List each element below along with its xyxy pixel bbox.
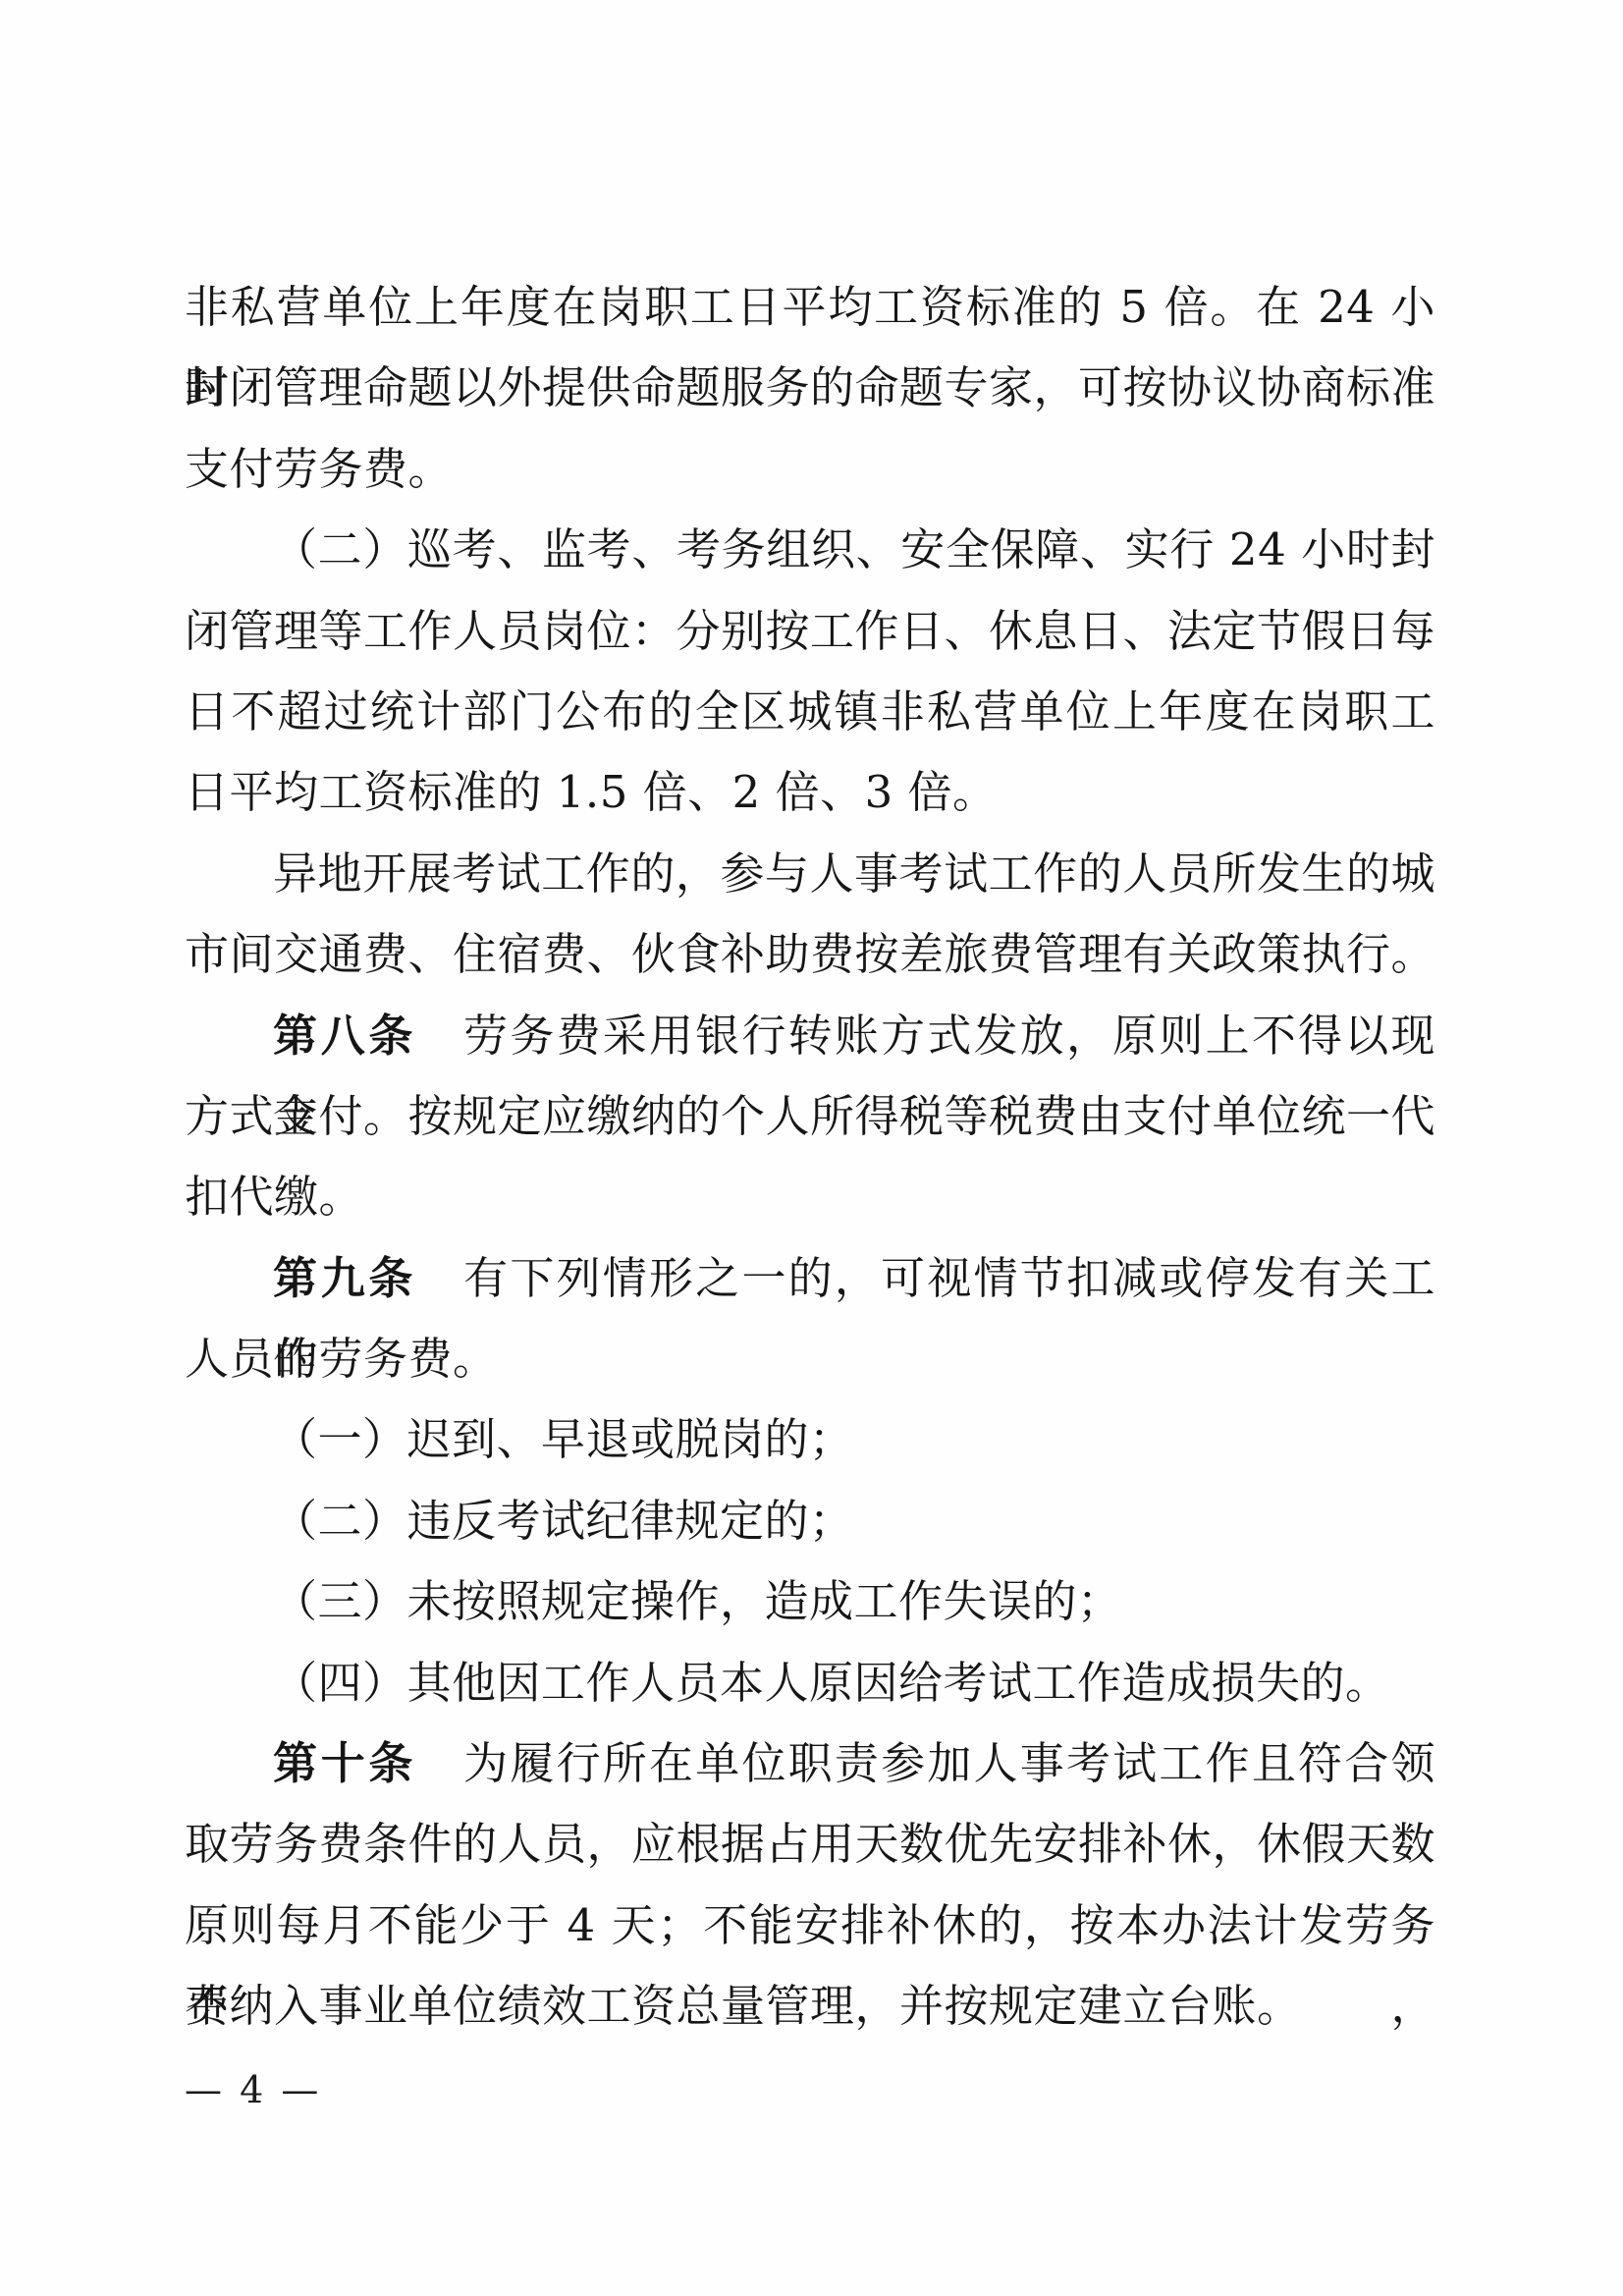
document-page: 非私营单位上年度在岗职工日平均工资标准的 5 倍。在 24 小时封闭管理命题以外… — [0, 0, 1623, 2296]
document-body: 非私营单位上年度在岗职工日平均工资标准的 5 倍。在 24 小时封闭管理命题以外… — [185, 267, 1435, 2048]
text-line: 人员的劳务费。 — [185, 1319, 1435, 1399]
text-line: （三）未按照规定操作，造成工作失误的； — [185, 1561, 1435, 1642]
text-line: 异地开展考试工作的，参与人事考试工作的人员所发生的城 — [185, 834, 1435, 914]
text-line: 支付劳务费。 — [185, 429, 1435, 510]
text-line: 非私营单位上年度在岗职工日平均工资标准的 5 倍。在 24 小时 — [185, 267, 1435, 348]
text-line: 第九条有下列情形之一的，可视情节扣减或停发有关工作 — [185, 1238, 1435, 1319]
text-line: （一）迟到、早退或脱岗的； — [185, 1399, 1435, 1480]
article-number: 第九条 — [273, 1252, 416, 1304]
line-text: 为履行所在单位职责参加人事考试工作且符合领 — [463, 1737, 1435, 1789]
text-line: （二）巡考、监考、考务组织、安全保障、实行 24 小时封 — [185, 510, 1435, 590]
text-line: 原则每月不能少于 4 天；不能安排补休的，按本办法计发劳务费， — [185, 1886, 1435, 1966]
text-line: 市间交通费、住宿费、伙食补助费按差旅费管理有关政策执行。 — [185, 914, 1435, 995]
page-number: — 4 — — [185, 2065, 321, 2114]
text-line: 日平均工资标准的 1.5 倍、2 倍、3 倍。 — [185, 752, 1435, 833]
text-line: 封闭管理命题以外提供命题服务的命题专家，可按协议协商标准 — [185, 348, 1435, 428]
text-line: 方式支付。按规定应缴纳的个人所得税等税费由支付单位统一代 — [185, 1076, 1435, 1157]
text-line: 不纳入事业单位绩效工资总量管理，并按规定建立台账。 — [185, 1966, 1435, 2047]
text-line: （四）其他因工作人员本人原因给考试工作造成损失的。 — [185, 1643, 1435, 1723]
text-line: 第十条为履行所在单位职责参加人事考试工作且符合领 — [185, 1723, 1435, 1804]
article-number: 第八条 — [273, 1010, 416, 1062]
text-line: 日不超过统计部门公布的全区城镇非私营单位上年度在岗职工 — [185, 672, 1435, 752]
article-number: 第十条 — [273, 1737, 416, 1789]
text-line: 闭管理等工作人员岗位：分别按工作日、休息日、法定节假日每 — [185, 591, 1435, 672]
text-line: （二）违反考试纪律规定的； — [185, 1481, 1435, 1561]
text-line: 扣代缴。 — [185, 1157, 1435, 1237]
text-line: 第八条劳务费采用银行转账方式发放，原则上不得以现金 — [185, 996, 1435, 1076]
text-line: 取劳务费条件的人员，应根据占用天数优先安排补休，休假天数 — [185, 1804, 1435, 1885]
